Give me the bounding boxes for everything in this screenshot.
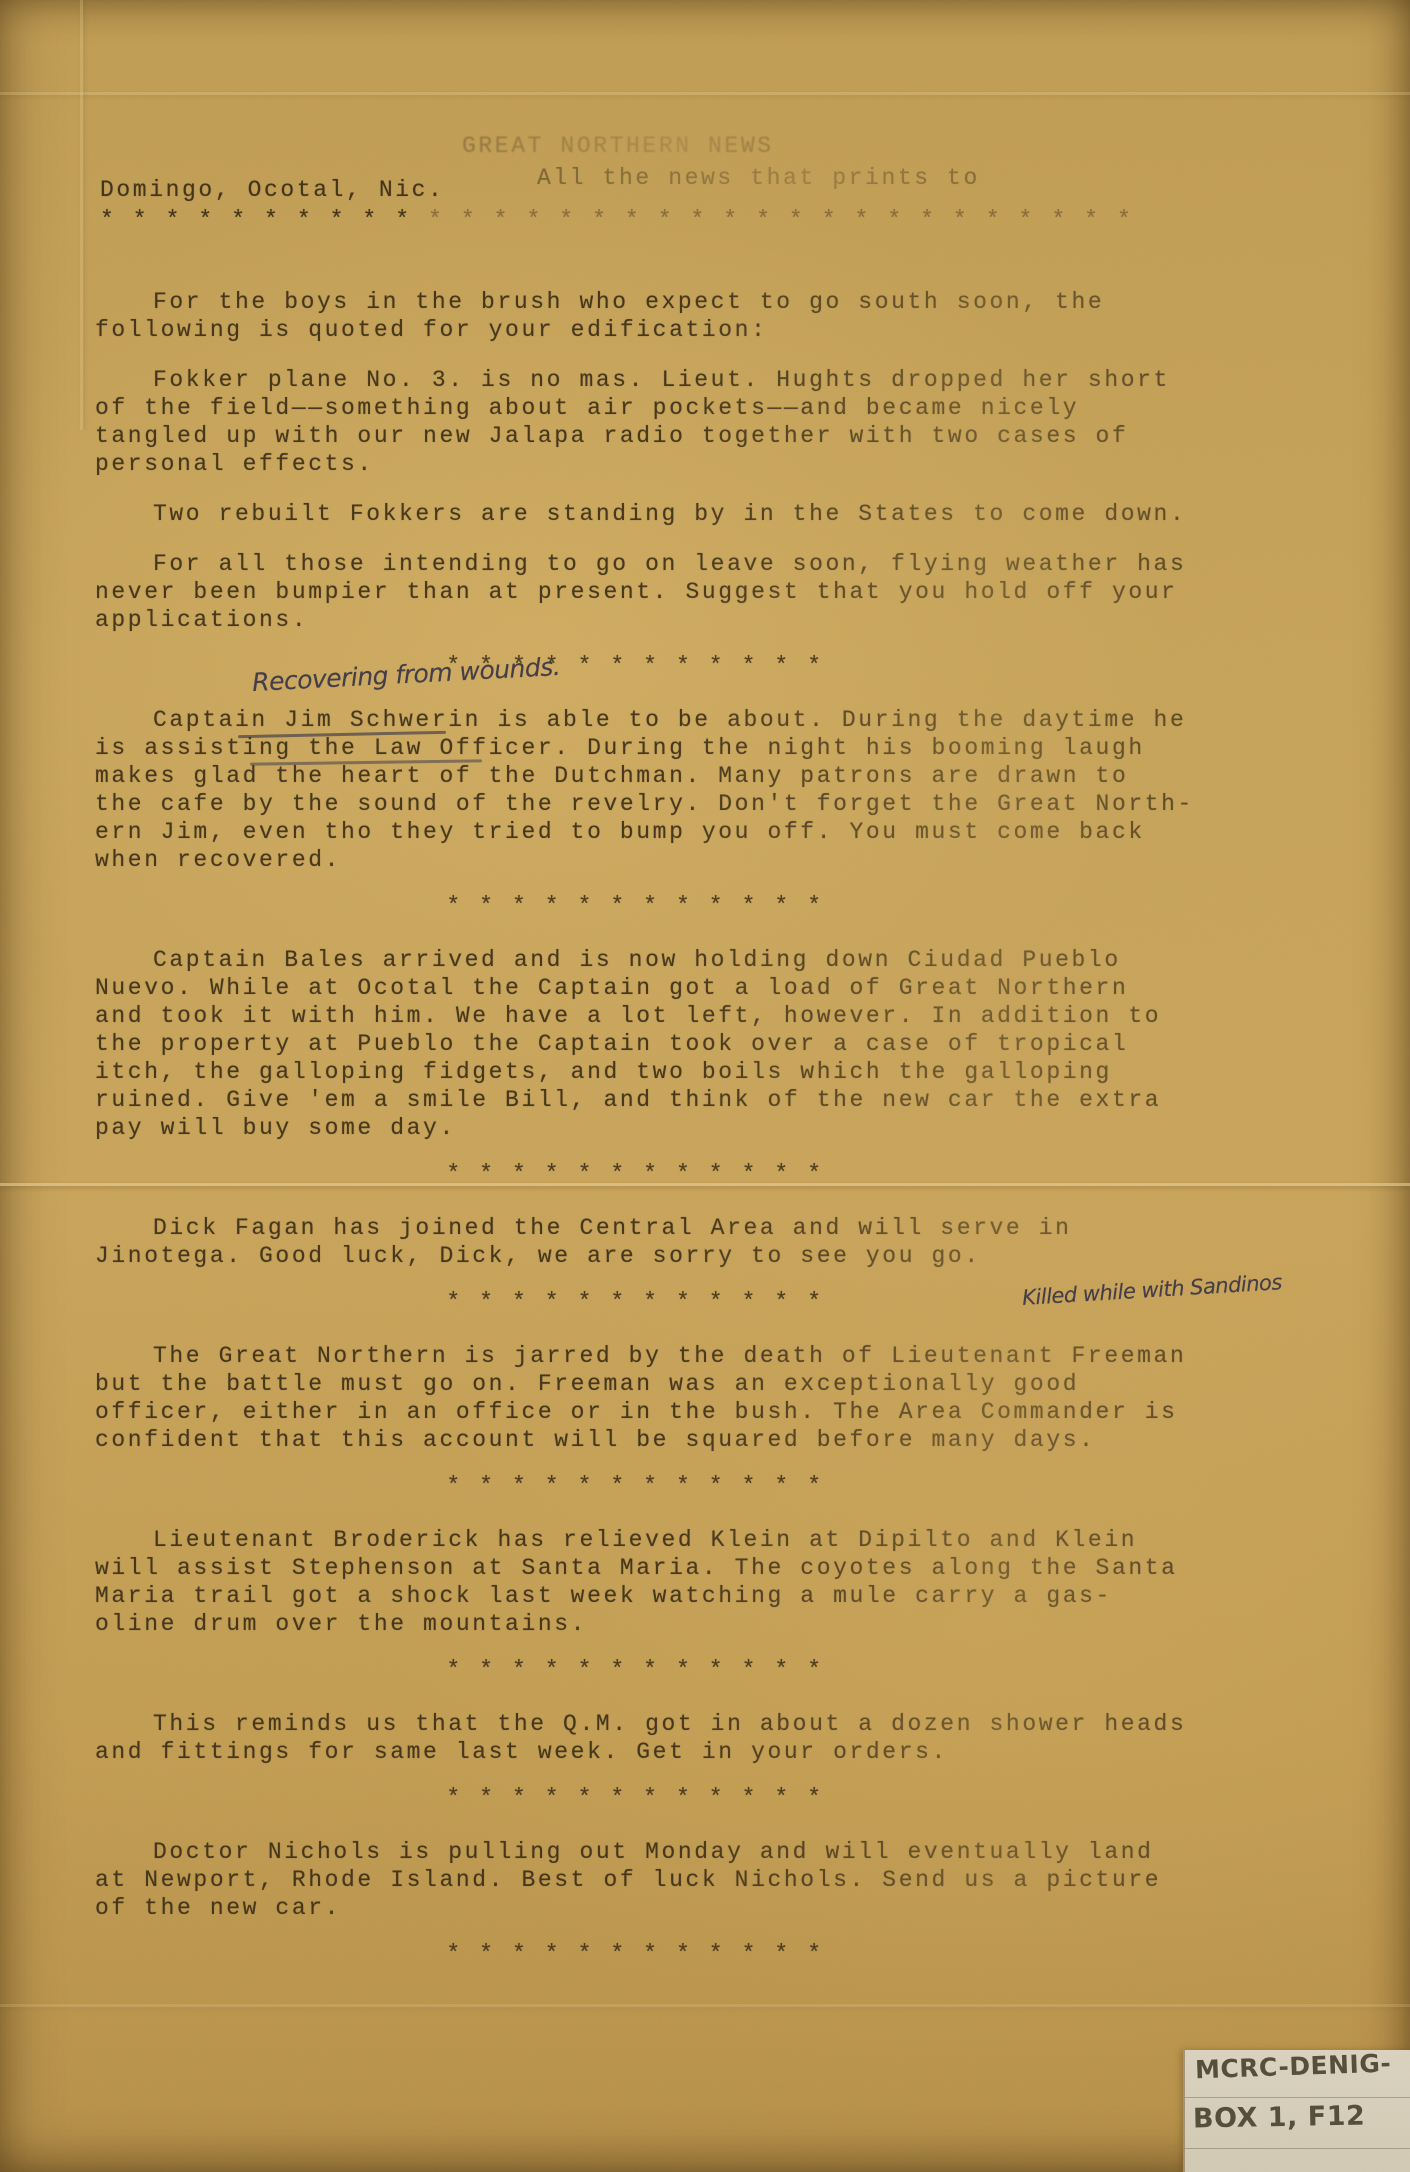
sticker-text-collection: MCRC-DENIG- [1195,2049,1392,2085]
paragraph-line: Dick Fagan has joined the Central Area a… [95,1214,1255,1242]
paragraph-line: and fittings for same last week. Get in … [95,1738,1255,1766]
paragraph-line: the property at Pueblo the Captain took … [95,1030,1255,1058]
separator-star-row: * * * * * * * * * * * * [95,1472,1175,1500]
paragraph: Captain Bales arrived and is now holding… [95,946,1255,1142]
paragraph-line: of the new car. [95,1894,1255,1922]
paragraph: Dick Fagan has joined the Central Area a… [95,1214,1255,1270]
sticker-ruled-line [1185,2097,1410,2098]
paragraph-line: will assist Stephenson at Santa Maria. T… [95,1554,1255,1582]
separator-star-row: * * * * * * * * * * * * [95,1940,1175,1968]
paragraph-line: pay will buy some day. [95,1114,1255,1142]
paragraph: Lieutenant Broderick has relieved Klein … [95,1526,1255,1638]
paragraph: This reminds us that the Q.M. got in abo… [95,1710,1255,1766]
paragraph-line: Lieutenant Broderick has relieved Klein … [95,1526,1255,1554]
paragraph-line: following is quoted for your edification… [95,316,1255,344]
paragraph-line: the cafe by the sound of the revelry. Do… [95,790,1255,818]
paragraph-line: Captain Bales arrived and is now holding… [95,946,1255,974]
paragraph: Fokker plane No. 3. is no mas. Lieut. Hu… [95,366,1255,478]
paragraph: For the boys in the brush who expect to … [95,288,1255,344]
paragraph-line: Doctor Nichols is pulling out Monday and… [95,1838,1255,1866]
paper-crease-lower [0,2004,1410,2007]
paragraph: Two rebuilt Fokkers are standing by in t… [95,500,1255,528]
sticker-text-box-folder: BOX 1, F12 [1193,2100,1366,2134]
paragraph-line: ruined. Give 'em a smile Bill, and think… [95,1086,1255,1114]
paragraph-line: never been bumpier than at present. Sugg… [95,578,1255,606]
paragraph-line: personal effects. [95,450,1255,478]
paragraph-line: Jinotega. Good luck, Dick, we are sorry … [95,1242,1255,1270]
paragraph: Doctor Nichols is pulling out Monday and… [95,1838,1255,1922]
paragraph-line: The Great Northern is jarred by the deat… [95,1342,1255,1370]
paragraph-line: but the battle must go on. Freeman was a… [95,1370,1255,1398]
paragraph-line: makes glad the heart of the Dutchman. Ma… [95,762,1255,790]
paragraph-line: confident that this account will be squa… [95,1426,1255,1454]
separator-star-row: * * * * * * * * * * * * [95,1288,1175,1316]
paragraph: Captain Jim Schwerin is able to be about… [95,706,1255,874]
paragraph-line: at Newport, Rhode Island. Best of luck N… [95,1866,1255,1894]
paragraph-line: officer, either in an office or in the b… [95,1398,1255,1426]
paper-crease-top [0,92,1410,95]
paragraph-line: oline drum over the mountains. [95,1610,1255,1638]
separator-star-row: * * * * * * * * * * * * [95,892,1175,920]
paragraph-line: when recovered. [95,846,1255,874]
paragraph-line: tangled up with our new Jalapa radio tog… [95,422,1255,450]
archive-catalog-sticker: MCRC-DENIG- BOX 1, F12 [1183,2050,1410,2172]
paragraph-line: and took it with him. We have a lot left… [95,1002,1255,1030]
masthead-title: GREAT NORTHERN NEWS [462,132,774,160]
paragraph-line: Maria trail got a shock last week watchi… [95,1582,1255,1610]
masthead-star-row: * * * * * * * * * * * * * * * * * * * * … [100,206,1133,234]
paragraph-line: For all those intending to go on leave s… [95,550,1255,578]
paragraph-line: ern Jim, even tho they tried to bump you… [95,818,1255,846]
masthead-star-row-dark: * * * * * * * * * * [100,207,412,233]
typewritten-newsletter-page: GREAT NORTHERN NEWS All the news that pr… [0,0,1410,2172]
paragraph: The Great Northern is jarred by the deat… [95,1342,1255,1454]
paragraph: For all those intending to go on leave s… [95,550,1255,634]
sticker-ruled-line [1185,2148,1410,2149]
paper-crease-left [80,0,83,430]
paragraph-line: applications. [95,606,1255,634]
paragraph-line: is assisting the Law Officer. During the… [95,734,1255,762]
paragraph-line: Captain Jim Schwerin is able to be about… [95,706,1255,734]
paragraph-line: itch, the galloping fidgets, and two boi… [95,1058,1255,1086]
masthead-tagline: All the news that prints to [537,164,980,192]
paper-crease-middle [0,1183,1410,1186]
paragraph-line: Fokker plane No. 3. is no mas. Lieut. Hu… [95,366,1255,394]
separator-star-row: * * * * * * * * * * * * [95,1784,1175,1812]
paragraph-line: This reminds us that the Q.M. got in abo… [95,1710,1255,1738]
paragraph-line: For the boys in the brush who expect to … [95,288,1255,316]
paragraph-line: Two rebuilt Fokkers are standing by in t… [95,500,1255,528]
separator-star-row: * * * * * * * * * * * * [95,1656,1175,1684]
paragraph-line: of the field——something about air pocket… [95,394,1255,422]
masthead-dateline: Domingo, Ocotal, Nic. [100,176,444,204]
masthead-star-row-faint: * * * * * * * * * * * * * * * * * * * * … [412,207,1134,233]
body-sections: For the boys in the brush who expect to … [95,288,1255,1994]
paragraph-line: Nuevo. While at Ocotal the Captain got a… [95,974,1255,1002]
